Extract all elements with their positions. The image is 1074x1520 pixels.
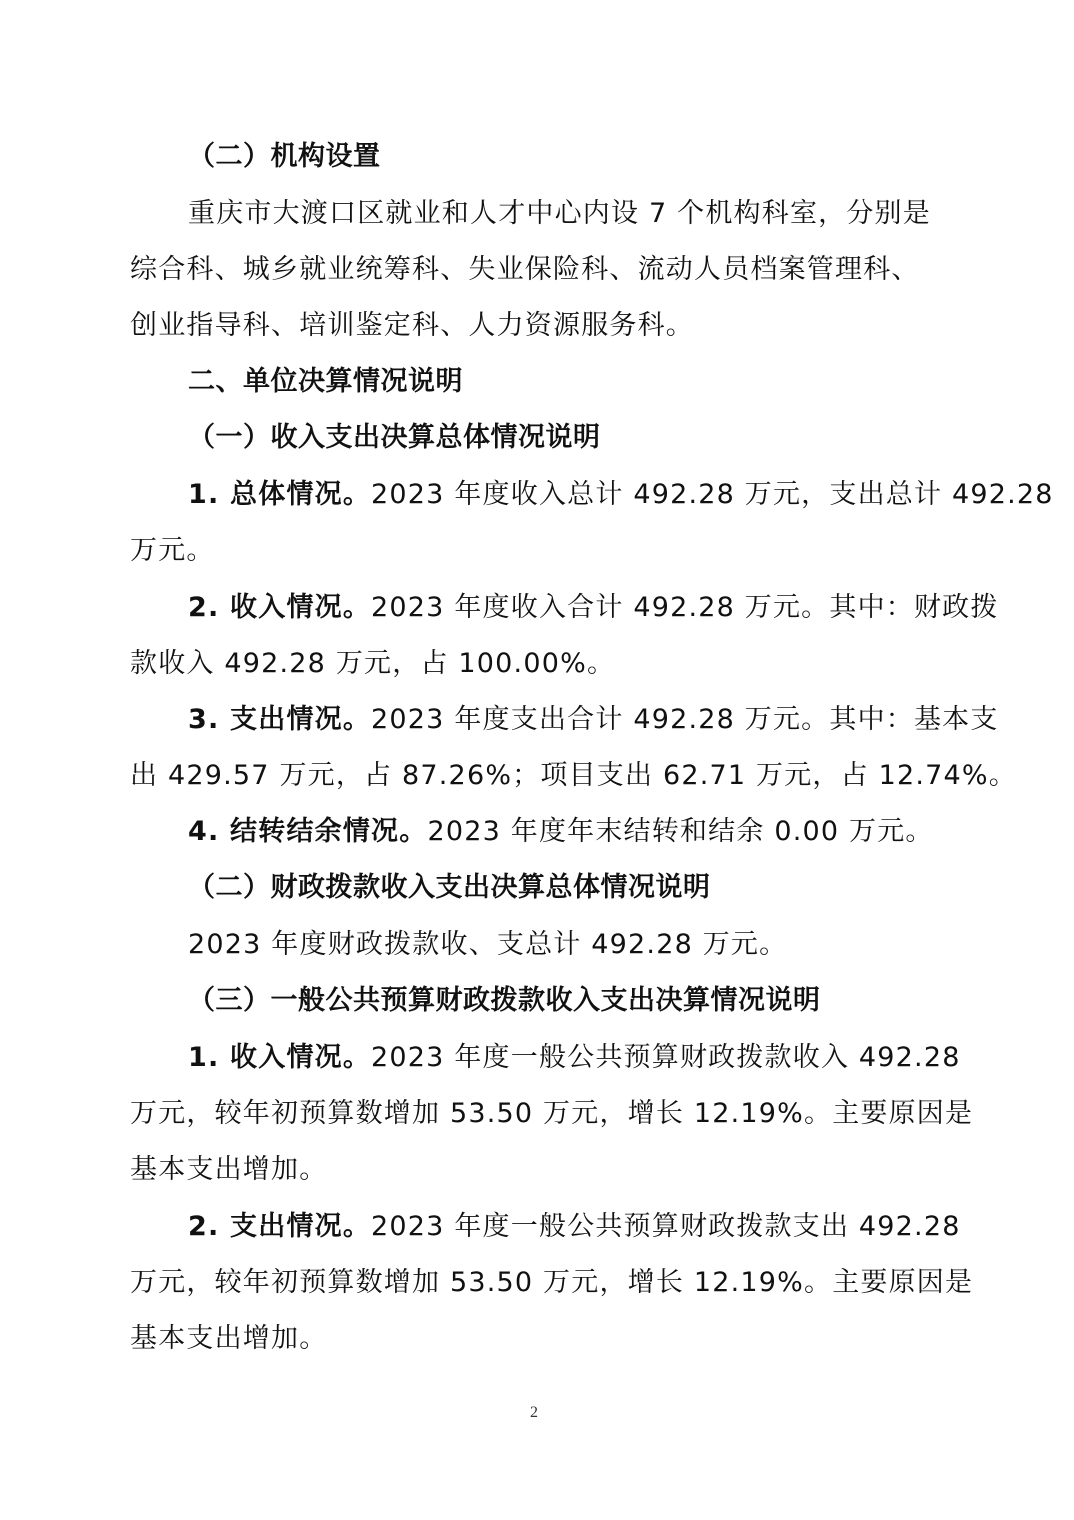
paragraph-line: 创业指导科、培训鉴定科、人力资源服务科。 [130, 308, 694, 344]
item-text: 2023 年度支出合计 492.28 万元。其中：基本支 [371, 704, 999, 735]
page-number: 2 [530, 1404, 538, 1422]
item-label: 4. 结转结余情况。 [188, 816, 427, 847]
section-heading-general-budget: （三）一般公共预算财政拨款收入支出决算情况说明 [188, 983, 821, 1019]
item-text: 2023 年度年末结转和结余 0.00 万元。 [427, 816, 933, 847]
paragraph-line: 重庆市大渡口区就业和人才中心内设 7 个机构科室，分别是 [188, 196, 931, 232]
item-text: 2023 年度一般公共预算财政拨款收入 492.28 [371, 1042, 961, 1073]
list-item-income: 2. 收入情况。2023 年度收入合计 492.28 万元。其中：财政拨 [188, 590, 999, 626]
list-item-expenditure: 3. 支出情况。2023 年度支出合计 492.28 万元。其中：基本支 [188, 702, 999, 738]
section-heading-org-setup: （二）机构设置 [188, 139, 381, 175]
paragraph-line: 万元，较年初预算数增加 53.50 万元，增长 12.19%。主要原因是 [130, 1265, 973, 1301]
item-label: 1. 总体情况。 [188, 479, 371, 510]
paragraph-line: 款收入 492.28 万元，占 100.00%。 [130, 646, 615, 682]
list-item-carryover: 4. 结转结余情况。2023 年度年末结转和结余 0.00 万元。 [188, 814, 934, 850]
paragraph-line: 出 429.57 万元，占 87.26%；项目支出 62.71 万元，占 12.… [130, 758, 1017, 794]
item-label: 2. 支出情况。 [188, 1211, 371, 1242]
item-label: 3. 支出情况。 [188, 704, 371, 735]
paragraph-line: 基本支出增加。 [130, 1152, 327, 1188]
item-label: 2. 收入情况。 [188, 592, 371, 623]
list-item-gb-income: 1. 收入情况。2023 年度一般公共预算财政拨款收入 492.28 [188, 1040, 961, 1076]
section-heading-overall: （一）收入支出决算总体情况说明 [188, 420, 601, 456]
item-text: 2023 年度收入总计 492.28 万元，支出总计 492.28 [371, 479, 1054, 510]
item-text: 2023 年度收入合计 492.28 万元。其中：财政拨 [371, 592, 999, 623]
paragraph-line: 2023 年度财政拨款收、支总计 492.28 万元。 [188, 927, 787, 963]
paragraph-line: 万元，较年初预算数增加 53.50 万元，增长 12.19%。主要原因是 [130, 1096, 973, 1132]
paragraph-line: 基本支出增加。 [130, 1321, 327, 1357]
paragraph-line: 综合科、城乡就业统筹科、失业保险科、流动人员档案管理科、 [130, 252, 920, 288]
part-heading: 二、单位决算情况说明 [188, 364, 463, 400]
document-page: （二）机构设置 重庆市大渡口区就业和人才中心内设 7 个机构科室，分别是 综合科… [0, 0, 1074, 1520]
item-text: 2023 年度一般公共预算财政拨款支出 492.28 [371, 1211, 961, 1242]
list-item-overall: 1. 总体情况。2023 年度收入总计 492.28 万元，支出总计 492.2… [188, 477, 1054, 513]
paragraph-line: 万元。 [130, 533, 215, 569]
list-item-gb-expenditure: 2. 支出情况。2023 年度一般公共预算财政拨款支出 492.28 [188, 1209, 961, 1245]
item-label: 1. 收入情况。 [188, 1042, 371, 1073]
section-heading-fiscal: （二）财政拨款收入支出决算总体情况说明 [188, 870, 711, 906]
